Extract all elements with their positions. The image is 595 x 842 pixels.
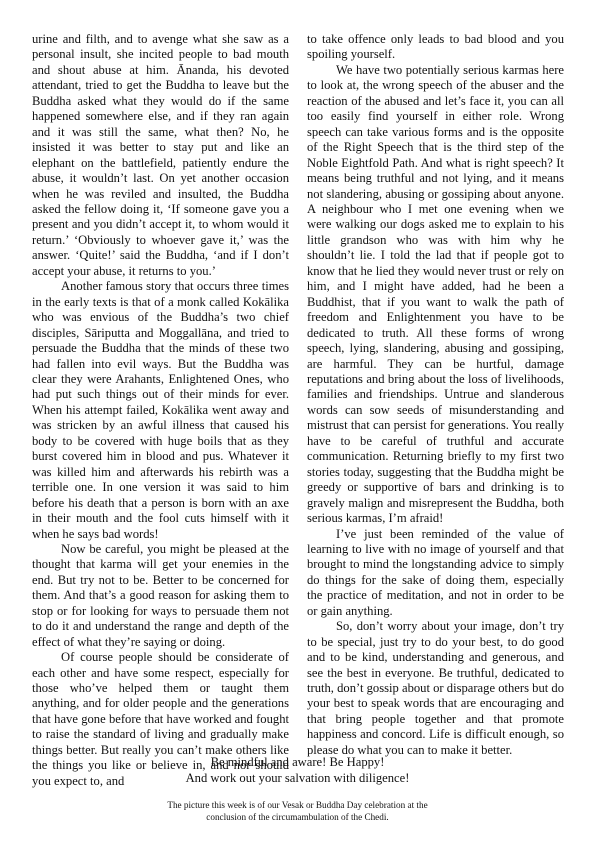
- paragraph: urine and filth, and to avenge what she …: [32, 32, 289, 279]
- caption-line: conclusion of the circumambulation of th…: [0, 812, 595, 824]
- closing-line: And work out your salvation with diligen…: [0, 770, 595, 786]
- closing-line: Be mindful and aware! Be Happy!: [0, 754, 595, 770]
- caption-line: The picture this week is of our Vesak or…: [0, 800, 595, 812]
- closing-blessing: Be mindful and aware! Be Happy! And work…: [0, 754, 595, 786]
- paragraph: Another famous story that occurs three t…: [32, 279, 289, 542]
- document-page: urine and filth, and to avenge what she …: [0, 0, 595, 842]
- paragraph: I’ve just been reminded of the value of …: [307, 527, 564, 620]
- paragraph: So, don’t worry about your image, don’t …: [307, 619, 564, 758]
- left-column: urine and filth, and to avenge what she …: [32, 32, 289, 789]
- right-column: to take offence only leads to bad blood …: [307, 32, 564, 789]
- paragraph: We have two potentially serious karmas h…: [307, 63, 564, 527]
- paragraph: Now be careful, you might be pleased at …: [32, 542, 289, 650]
- picture-caption: The picture this week is of our Vesak or…: [0, 800, 595, 823]
- two-column-body: urine and filth, and to avenge what she …: [32, 32, 564, 789]
- paragraph: to take offence only leads to bad blood …: [307, 32, 564, 63]
